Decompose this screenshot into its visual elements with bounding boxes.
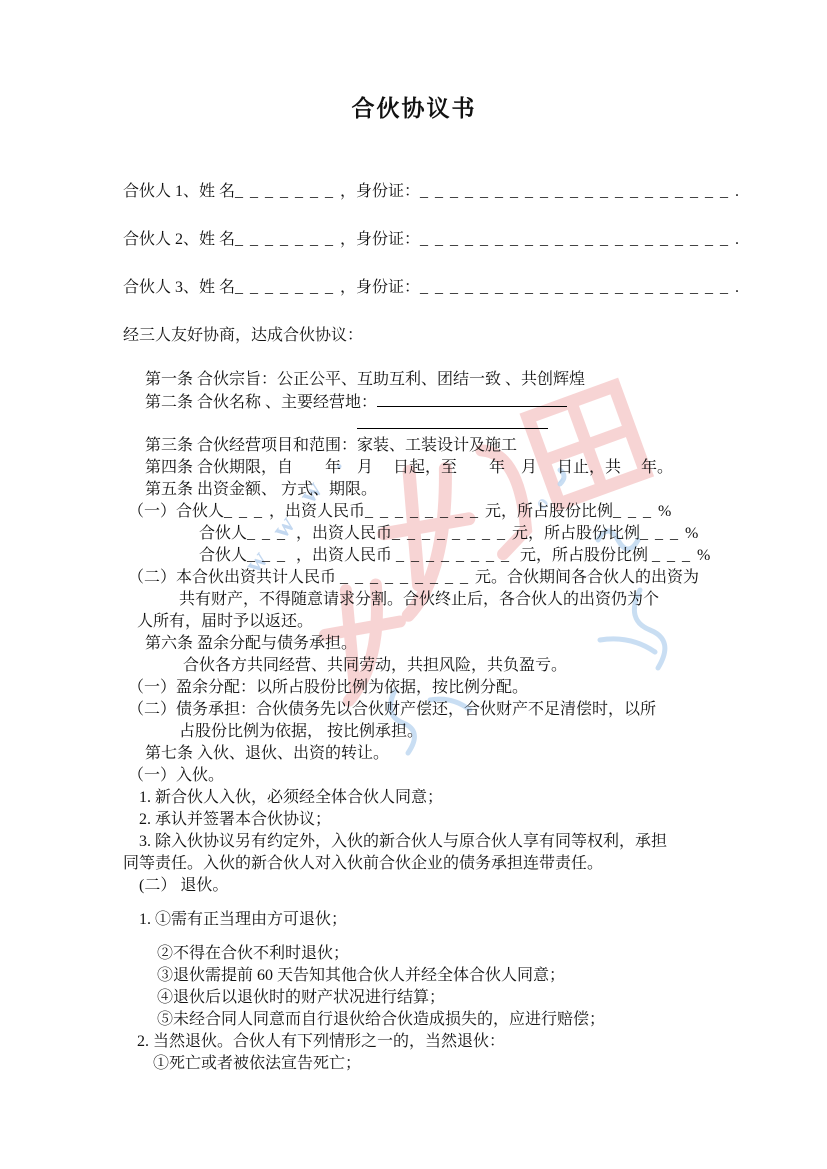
blank-field: ___ [613, 503, 658, 520]
line-text: 共有财产，不得随意请求分割。合伙终止后，各合伙人的出资仍为个 [179, 591, 659, 608]
line-text: ，出资人民币 [269, 503, 365, 520]
line-text: % [685, 525, 698, 542]
document-line: 合伙各方共同经营、共同劳动，共担风险，共负盈亏。 [183, 655, 705, 677]
document-line: ⑤未经合同人同意而自行退伙给合伙造成损失的，应进行赔偿； [157, 1009, 705, 1031]
line-text: （一）盈余分配：以所占股份比例为依据，按比例分配。 [128, 679, 528, 696]
line-text: ③退伙需提前 60 天告知其他合伙人并经全体合伙人同意； [157, 967, 565, 984]
spacer [123, 897, 705, 909]
line-text: 第四条 合伙期限，自 年 月 日起，至 年 月 日止，共 年。 [145, 459, 673, 476]
document-line: 第一条 合伙宗旨：公正公平、互助互利、团结一致 、共创辉煌 [145, 369, 705, 391]
line-text: 第三条 合伙经营项目和范围：家装、工装设计及施工 [145, 437, 517, 454]
line-text: ，出资人民币 [292, 547, 396, 564]
party-label: 合伙人 1、姓 名 [123, 183, 235, 200]
party-line: 合伙人 3、姓 名_______，身份证：___________________… [123, 277, 705, 299]
clauses-section: 第一条 合伙宗旨：公正公平、互助互利、团结一致 、共创辉煌第二条 合伙名称 、主… [123, 369, 705, 1075]
line-text: (二） 退伙。 [139, 877, 228, 894]
line-text: 占股份比例为依据， 按比例承担。 [179, 723, 423, 740]
document-title: 合伙协议书 [123, 94, 705, 124]
line-text: （二）债务承担：合伙债务先以合伙财产偿还，合伙财产不足清偿时，以所 [128, 701, 656, 718]
underline-rule [357, 413, 548, 429]
blank-field: ___ [640, 525, 685, 542]
name-blank-field: _______ [235, 231, 340, 248]
document-line: 2. 当然退伙。合伙人有下列情形之一的，当然退伙： [137, 1031, 705, 1053]
blank-field: ________ [396, 547, 516, 564]
document-line [123, 413, 705, 435]
document-line: ④退伙后以退伙时的财产状况进行结算； [157, 987, 705, 1009]
line-text: 第二条 合伙名称 、主要经营地： [145, 394, 377, 411]
document-line: 共有财产，不得随意请求分割。合伙终止后，各合伙人的出资仍为个 [179, 589, 705, 611]
document-line: 第六条 盈余分配与债务承担。 [145, 633, 705, 655]
document-line: 同等责任。入伙的新合伙人对入伙前合伙企业的债务承担连带责任。 [123, 853, 705, 875]
line-text: ①死亡或者被依法宣告死亡； [153, 1055, 361, 1072]
line-text: 第一条 合伙宗旨：公正公平、互助互利、团结一致 、共创辉煌 [145, 371, 585, 388]
line-text: ⑤未经合同人同意而自行退伙给合伙造成损失的，应进行赔偿； [157, 1011, 605, 1028]
line-text: 元，所占股份比例 [512, 525, 640, 542]
id-blank-field: _____________________ [420, 183, 735, 200]
document-line: （一）合伙人___，出资人民币________元，所占股份比例___% [128, 501, 705, 523]
line-text: 元，所占股份比例 [485, 503, 613, 520]
document-line: (二） 退伙。 [139, 875, 705, 897]
document-line: 人所有，届时予以返还。 [137, 611, 705, 633]
document-line: ③退伙需提前 60 天告知其他合伙人并经全体合伙人同意； [157, 965, 705, 987]
document-line: 1. 新合伙人入伙，必须经全体合伙人同意； [139, 787, 705, 809]
line-text: ④退伙后以退伙时的财产状况进行结算； [157, 989, 445, 1006]
id-label: ，身份证： [340, 231, 420, 248]
id-label: ，身份证： [340, 183, 420, 200]
line-text: 第七条 入伙、退伙、出资的转让。 [145, 745, 389, 762]
line-text: 1. 新合伙人入伙，必须经全体合伙人同意； [139, 789, 443, 806]
document-line: 2. 承认并签署本合伙协议； [139, 809, 705, 831]
document-line: 合伙人___ ，出资人民币________元，所占股份比例___% [199, 523, 705, 545]
document-line: 第四条 合伙期限，自 年 月 日起，至 年 月 日止，共 年。 [145, 457, 705, 479]
line-end: . [735, 279, 739, 296]
intro-line: 经三人友好协商，达成合伙协议： [123, 325, 705, 347]
blank-field: ________ [392, 525, 512, 542]
spacer [123, 931, 705, 943]
line-text: （一）合伙人 [128, 503, 224, 520]
line-text: ，出资人民币 [292, 525, 392, 542]
line-end: . [735, 183, 739, 200]
document-page: w w w . o ‐ 合伙协议书 合伙人 1、姓 名_______，身份证：_… [0, 0, 827, 1169]
blank-field: _________ [340, 569, 475, 586]
document-line: 合伙人___ ，出资人民币 ________ 元，所占股份比例 ___% [199, 545, 705, 567]
line-text: 3. 除入伙协议另有约定外，入伙的新合伙人与原合伙人享有同等权利，承担 [139, 833, 667, 850]
blank-field: ________ [365, 503, 485, 520]
document-line: ②不得在合伙不利时退伙； [157, 943, 705, 965]
line-text: 合伙各方共同经营、共同劳动，共担风险，共负盈亏。 [183, 657, 567, 674]
line-text: （一）入伙。 [128, 767, 224, 784]
line-text: 第五条 出资金额、 方式、期限。 [145, 481, 377, 498]
document-content: 合伙协议书 合伙人 1、姓 名_______，身份证：_____________… [0, 0, 827, 1075]
document-line: （二）债务承担：合伙债务先以合伙财产偿还，合伙财产不足清偿时，以所 [128, 699, 705, 721]
line-text: 1. ①需有正当理由方可退伙； [139, 911, 347, 928]
id-blank-field: _____________________ [420, 279, 735, 296]
line-text: 同等责任。入伙的新合伙人对入伙前合伙企业的债务承担连带责任。 [123, 855, 603, 872]
id-blank-field: _____________________ [420, 231, 735, 248]
line-text: 2. 承认并签署本合伙协议； [139, 811, 331, 828]
blank-field: ___ [247, 525, 292, 542]
document-line: 第三条 合伙经营项目和范围：家装、工装设计及施工 [145, 435, 705, 457]
blank-field: ___ [652, 547, 697, 564]
line-text: 合伙人 [199, 547, 247, 564]
line-text: % [658, 503, 671, 520]
document-line: 第七条 入伙、退伙、出资的转让。 [145, 743, 705, 765]
document-line: 第二条 合伙名称 、主要经营地： [145, 391, 705, 413]
name-blank-field: _______ [235, 279, 340, 296]
line-text: 2. 当然退伙。合伙人有下列情形之一的，当然退伙： [137, 1033, 505, 1050]
line-text: 元，所占股份比例 [516, 547, 652, 564]
document-line: （二）本合伙出资共计人民币 _________元。合伙期间各合伙人的出资为 [128, 567, 705, 589]
document-line: （一）入伙。 [128, 765, 705, 787]
line-text: 元。合伙期间各合伙人的出资为 [475, 569, 699, 586]
line-text: 人所有，届时予以返还。 [137, 613, 313, 630]
line-end: . [735, 231, 739, 248]
document-line: ①死亡或者被依法宣告死亡； [153, 1053, 705, 1075]
document-line: 第五条 出资金额、 方式、期限。 [145, 479, 705, 501]
name-blank-field: _______ [235, 183, 340, 200]
underline-rule [377, 391, 567, 407]
blank-field: ___ [224, 503, 269, 520]
party-line: 合伙人 2、姓 名_______，身份证：___________________… [123, 229, 705, 251]
party-label: 合伙人 3、姓 名 [123, 279, 235, 296]
line-text: ②不得在合伙不利时退伙； [157, 945, 349, 962]
blank-field: ___ [247, 547, 292, 564]
party-label: 合伙人 2、姓 名 [123, 231, 235, 248]
document-line: 1. ①需有正当理由方可退伙； [139, 909, 705, 931]
document-line: （一）盈余分配：以所占股份比例为依据，按比例分配。 [128, 677, 705, 699]
parties-section: 合伙人 1、姓 名_______，身份证：___________________… [123, 181, 705, 299]
document-line: 3. 除入伙协议另有约定外，入伙的新合伙人与原合伙人享有同等权利，承担 [139, 831, 705, 853]
party-line: 合伙人 1、姓 名_______，身份证：___________________… [123, 181, 705, 203]
line-text: 第六条 盈余分配与债务承担。 [145, 635, 357, 652]
document-line: 占股份比例为依据， 按比例承担。 [179, 721, 705, 743]
line-text: % [697, 547, 710, 564]
line-text: 合伙人 [199, 525, 247, 542]
id-label: ，身份证： [340, 279, 420, 296]
line-text: （二）本合伙出资共计人民币 [128, 569, 340, 586]
